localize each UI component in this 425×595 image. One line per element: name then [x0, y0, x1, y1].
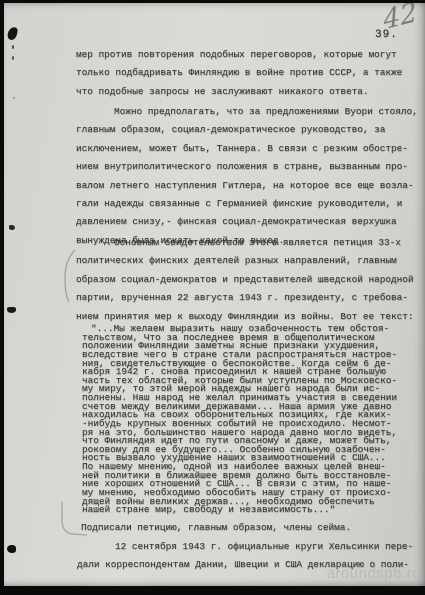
- paragraph-vuori-proposals: Можно предполагать, что за предложениями…: [76, 103, 418, 250]
- scan-edge-top: [0, 0, 425, 3]
- paragraph-continuation: мер против повторения подобных переговор…: [76, 46, 402, 101]
- scanned-document-page: 42 39. мер против повторения подобных пе…: [0, 0, 425, 595]
- pencil-margin-mark-close: [57, 500, 89, 538]
- ink-speck: [13, 97, 15, 99]
- ink-blot-middle-lower: [7, 307, 16, 313]
- scan-edge-left: [0, 0, 4, 595]
- petition-quote-block: "...Мы желаем выразить нашу озабоченност…: [82, 325, 397, 515]
- scan-edge-bottom: [0, 586, 425, 595]
- watermark-text: aroundspb.ru: [327, 565, 421, 582]
- ink-speck: [12, 45, 14, 49]
- pencil-margin-mark-open: [60, 248, 78, 304]
- paragraph-petition-intro: Основным свидетельством этого является п…: [76, 234, 414, 326]
- ink-speck: [12, 56, 14, 60]
- ink-blot-middle-upper: [9, 225, 15, 230]
- page-number: 39.: [375, 29, 398, 41]
- ink-blot-bottom: [7, 545, 16, 553]
- paragraph-signatories: Подписали петицию, главным образом, член…: [81, 519, 351, 537]
- paper-sheet: 42 39. мер против повторения подобных пе…: [4, 3, 425, 586]
